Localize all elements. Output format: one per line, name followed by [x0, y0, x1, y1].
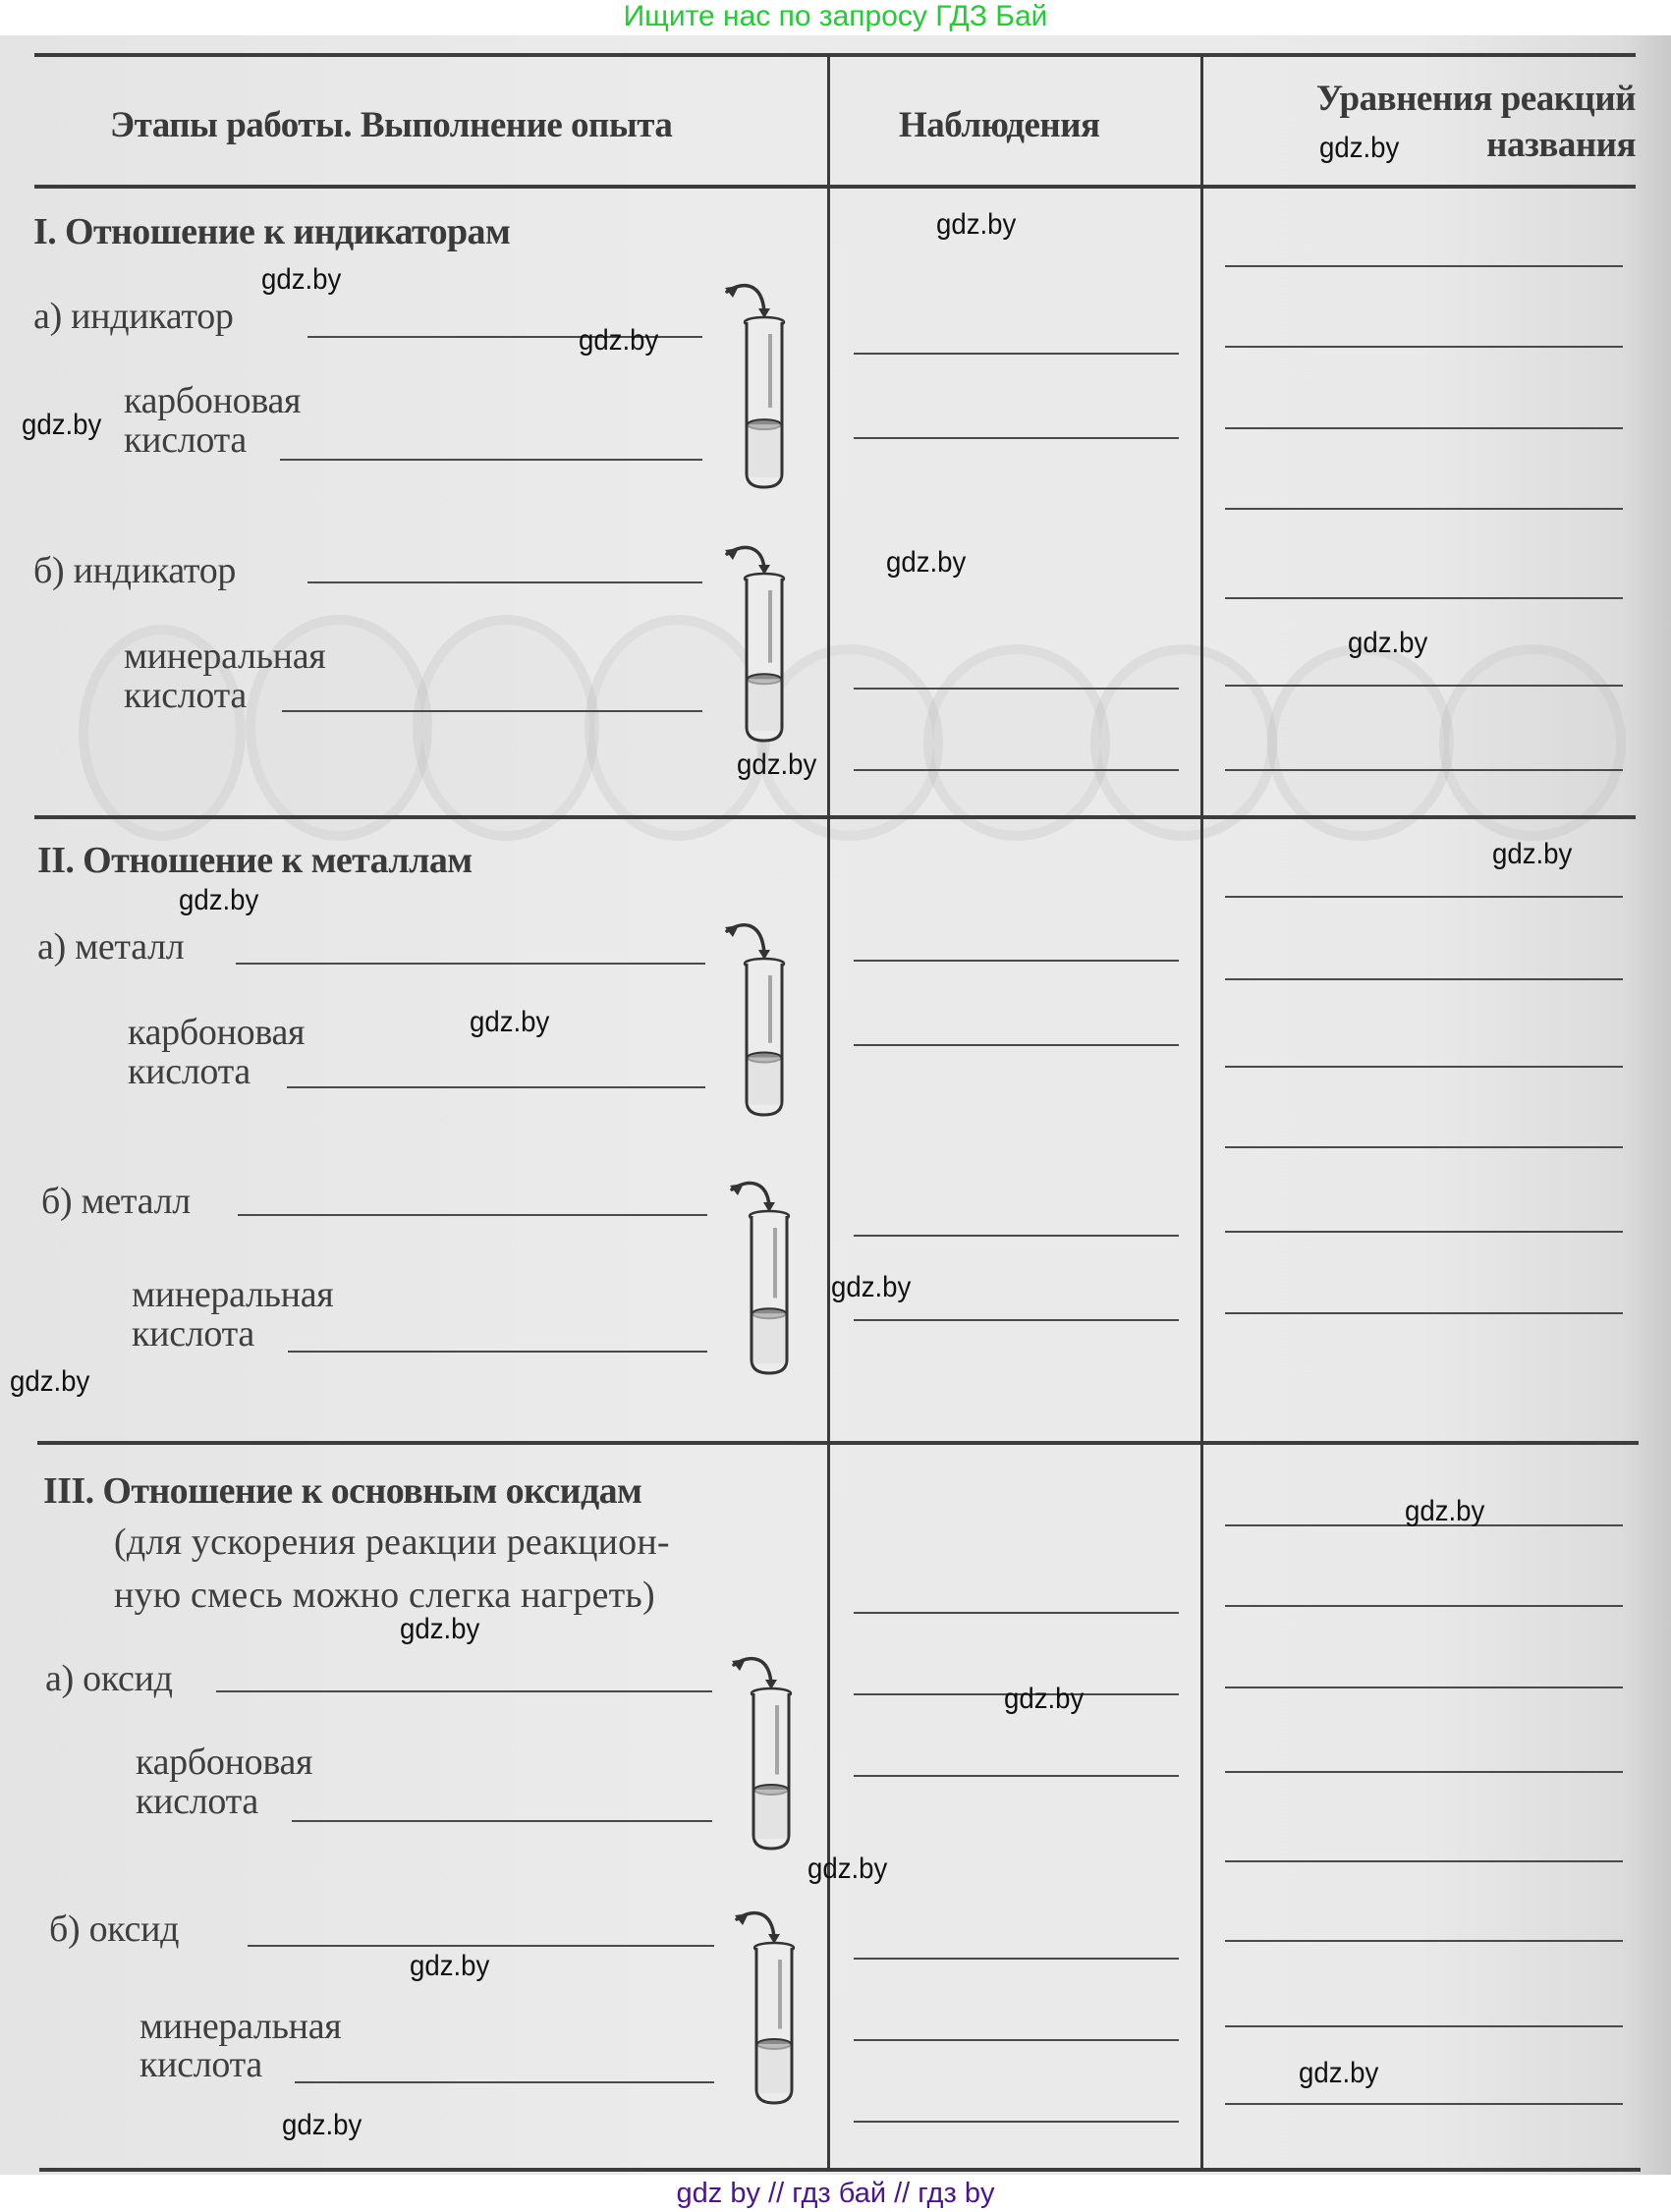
watermark-text: gdz.by — [410, 1950, 489, 1983]
equation-blank[interactable] — [1225, 1771, 1623, 1773]
section-title-indicators: I. Отношение к индикаторам — [33, 210, 510, 253]
watermark-text: gdz.by — [737, 748, 816, 782]
acid-label: минеральная — [139, 2005, 341, 2048]
watermark-text: gdz.by — [1319, 132, 1399, 165]
item-label: б) металл — [41, 1180, 191, 1223]
watermark-text: gdz.by — [808, 1853, 887, 1886]
equation-blank[interactable] — [1225, 346, 1623, 348]
equation-blank[interactable] — [1225, 896, 1623, 898]
equation-blank[interactable] — [1225, 1605, 1623, 1607]
top-banner: Ищите нас по запросу ГДЗ Бай — [0, 0, 1671, 35]
watermark-text: gdz.by — [1004, 1683, 1084, 1716]
header-equations-line1: Уравнения реакций — [1316, 78, 1636, 120]
table-bottom-rule — [39, 2168, 1641, 2172]
watermark-text: gdz.by — [22, 409, 101, 442]
observation-blank[interactable] — [854, 688, 1179, 690]
watermark-text: gdz.by — [400, 1613, 479, 1646]
answer-blank[interactable] — [248, 1945, 714, 1947]
item-label: а) оксид — [45, 1657, 173, 1700]
answer-blank[interactable] — [295, 2081, 714, 2083]
bleed-through-circle — [923, 644, 1110, 841]
watermark-text: gdz.by — [179, 884, 258, 917]
bleed-through-circle — [413, 615, 599, 841]
acid-label: кислота — [124, 418, 247, 462]
acid-label: кислота — [128, 1050, 251, 1093]
watermark-text: gdz.by — [10, 1365, 89, 1399]
observation-blank[interactable] — [854, 1044, 1179, 1046]
acid-label: карбоновая — [124, 379, 301, 422]
section-note: ную смесь можно слегка нагреть) — [114, 1574, 655, 1617]
bottom-banner: gdz by // гдз бай // гдз by — [0, 2175, 1671, 2212]
answer-blank[interactable] — [216, 1690, 712, 1692]
acid-label: кислота — [136, 1780, 258, 1823]
column-divider-equations — [1200, 55, 1203, 2171]
answer-blank[interactable] — [287, 1086, 705, 1088]
observation-blank[interactable] — [854, 1319, 1179, 1321]
observation-blank[interactable] — [854, 769, 1179, 771]
watermark-text: gdz.by — [282, 2109, 362, 2142]
observation-blank[interactable] — [854, 1235, 1179, 1237]
bleed-through-circle — [1439, 644, 1626, 841]
bleed-through-circle — [1090, 644, 1277, 841]
watermark-text: gdz.by — [936, 208, 1016, 242]
item-label: а) индикатор — [33, 295, 234, 338]
header-equations-line2: названия — [1486, 124, 1636, 166]
acid-label: кислота — [132, 1312, 254, 1355]
section-separator — [37, 1441, 1639, 1445]
observation-blank[interactable] — [854, 1775, 1179, 1777]
answer-blank[interactable] — [280, 459, 702, 461]
header-bottom-rule — [34, 185, 1636, 189]
equation-blank[interactable] — [1225, 1066, 1623, 1068]
section-title-basic-oxides: III. Отношение к основным оксидам — [43, 1469, 641, 1513]
equation-blank[interactable] — [1225, 769, 1623, 771]
item-label: б) оксид — [49, 1908, 179, 1951]
equation-blank[interactable] — [1225, 1146, 1623, 1148]
section-title-metals: II. Отношение к металлам — [37, 839, 473, 882]
test-tube-with-arrow-icon — [717, 917, 786, 1121]
equation-blank[interactable] — [1225, 597, 1623, 599]
acid-label: карбоновая — [136, 1741, 312, 1784]
acid-label: минеральная — [132, 1273, 333, 1316]
equation-blank[interactable] — [1225, 2025, 1623, 2027]
test-tube-with-arrow-icon — [717, 278, 786, 493]
equation-blank[interactable] — [1225, 1312, 1623, 1314]
equation-blank[interactable] — [1225, 427, 1623, 429]
answer-blank[interactable] — [292, 1820, 712, 1822]
observation-blank[interactable] — [854, 1612, 1179, 1614]
watermark-text: gdz.by — [261, 263, 341, 297]
observation-blank[interactable] — [854, 2121, 1179, 2123]
answer-blank[interactable] — [288, 1351, 707, 1353]
equation-blank[interactable] — [1225, 508, 1623, 510]
observation-blank[interactable] — [854, 960, 1179, 962]
answer-blank[interactable] — [238, 1214, 707, 1216]
acid-label: минеральная — [124, 635, 325, 678]
bleed-through-circle — [1267, 644, 1454, 841]
item-label: б) индикатор — [33, 549, 236, 592]
answer-blank[interactable] — [307, 581, 702, 583]
table-top-rule — [34, 53, 1636, 57]
header-observations: Наблюдения — [899, 104, 1100, 146]
acid-label: карбоновая — [128, 1011, 305, 1054]
watermark-text: gdz.by — [1299, 2057, 1378, 2090]
equation-blank[interactable] — [1225, 1860, 1623, 1862]
observation-blank[interactable] — [854, 1958, 1179, 1960]
equation-blank[interactable] — [1225, 2103, 1623, 2105]
watermark-text: gdz.by — [579, 324, 658, 358]
watermark-text: gdz.by — [831, 1271, 911, 1304]
test-tube-with-arrow-icon — [724, 1651, 793, 1854]
equation-blank[interactable] — [1225, 1940, 1623, 1942]
workbook-page: Этапы работы. Выполнение опыта Наблюдени… — [0, 35, 1671, 2177]
watermark-text: gdz.by — [470, 1006, 549, 1039]
item-label: а) металл — [37, 925, 184, 968]
section-note: (для ускорения реакции реакцион- — [114, 1521, 670, 1564]
watermark-text: gdz.by — [886, 546, 966, 580]
section-separator — [34, 815, 1636, 819]
answer-blank[interactable] — [236, 963, 705, 965]
answer-blank[interactable] — [282, 710, 702, 712]
observation-blank[interactable] — [854, 353, 1179, 355]
observation-blank[interactable] — [854, 2039, 1179, 2041]
equation-blank[interactable] — [1225, 1687, 1623, 1688]
header-stages: Этапы работы. Выполнение опыта — [110, 104, 672, 146]
equation-blank[interactable] — [1225, 685, 1623, 687]
equation-blank[interactable] — [1225, 978, 1623, 980]
watermark-text: gdz.by — [1492, 838, 1572, 871]
watermark-text: gdz.by — [1348, 627, 1427, 660]
test-tube-with-arrow-icon — [717, 540, 786, 747]
watermark-text: gdz.by — [1405, 1495, 1484, 1528]
equation-blank[interactable] — [1225, 265, 1623, 267]
acid-label: кислота — [124, 674, 247, 717]
observation-blank[interactable] — [854, 437, 1179, 439]
test-tube-with-arrow-icon — [722, 1176, 791, 1379]
test-tube-with-arrow-icon — [727, 1906, 796, 2109]
equation-blank[interactable] — [1225, 1231, 1623, 1233]
acid-label: кислота — [139, 2043, 262, 2086]
